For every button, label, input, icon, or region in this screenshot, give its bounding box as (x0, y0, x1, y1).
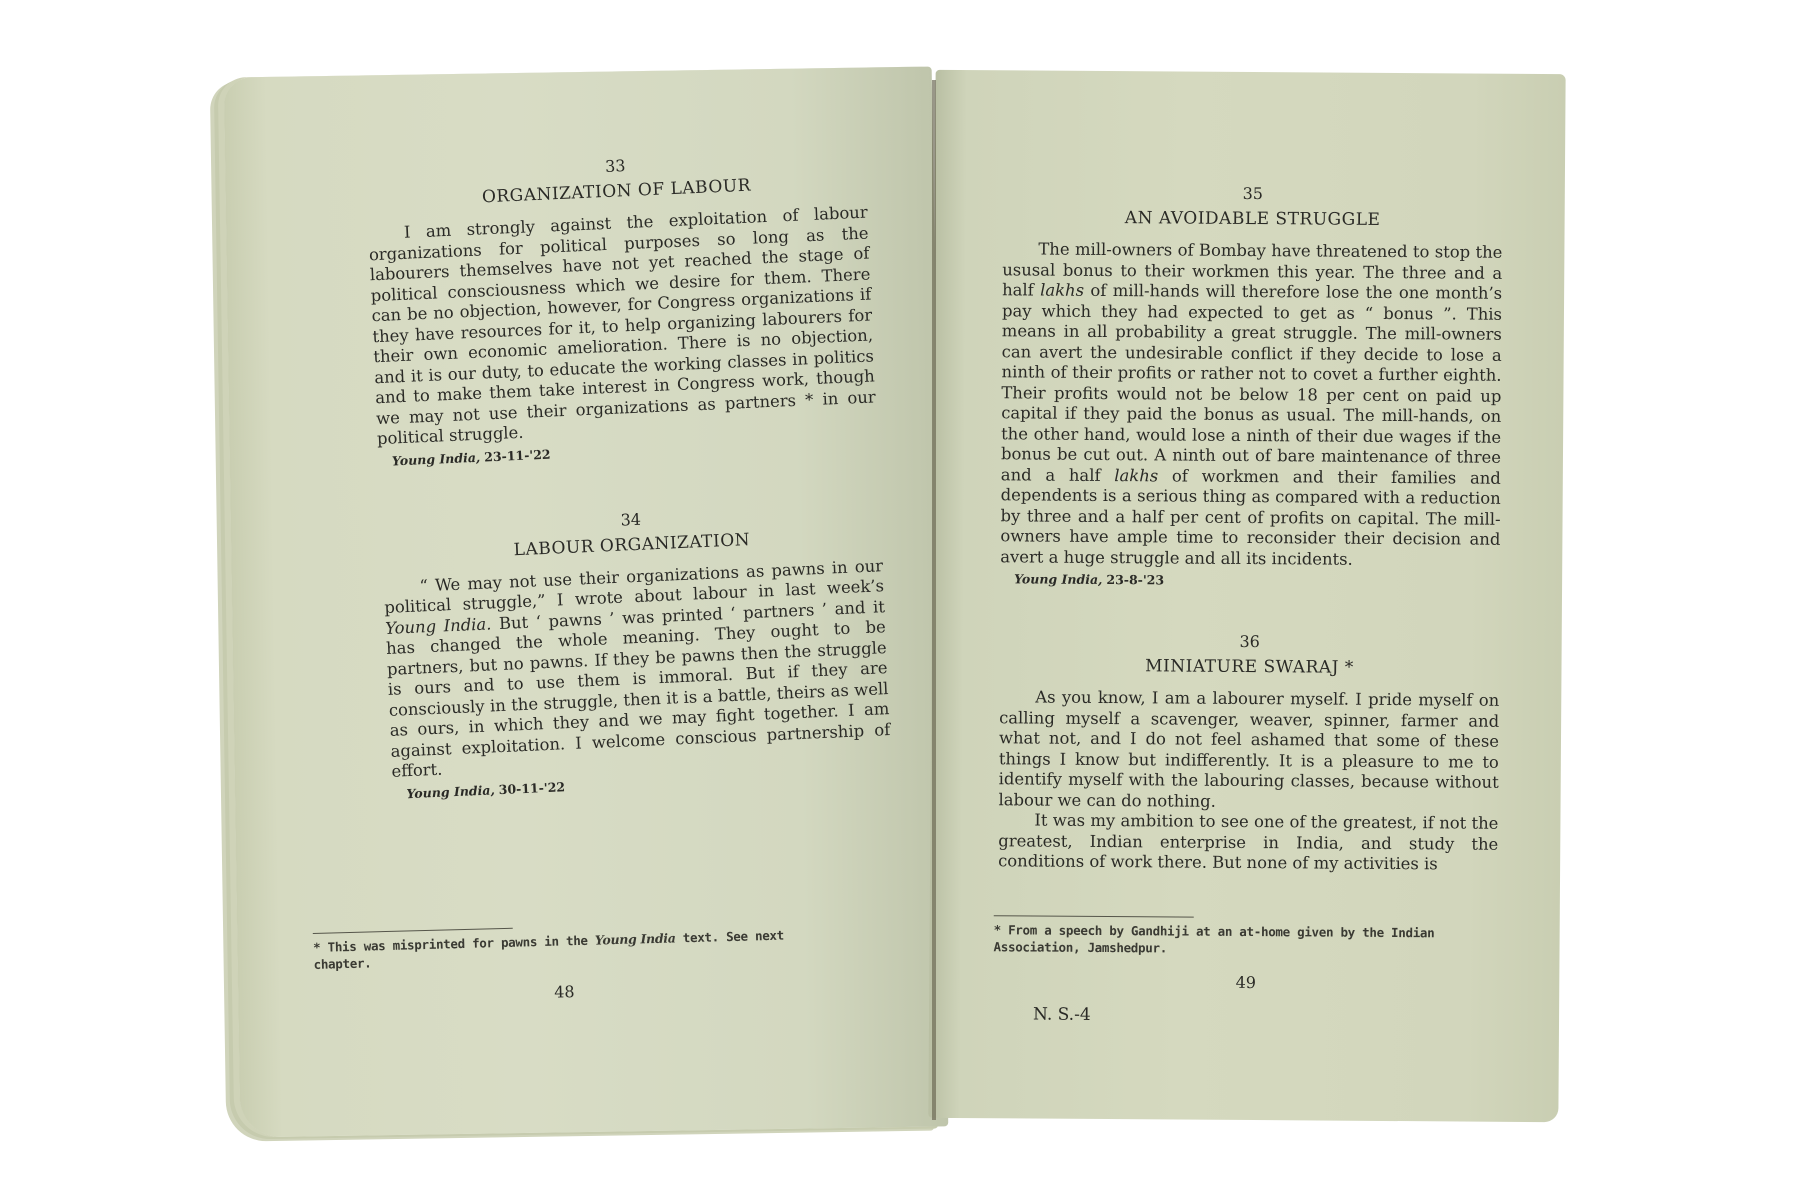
source-date: 30-11-'22 (498, 779, 565, 797)
right-page: 35 AN AVOIDABLE STRUGGLE The mill-owners… (928, 70, 1565, 1122)
left-page-content: 33 ORGANIZATION OF LABOUR I am strongly … (365, 146, 892, 802)
book-gutter (932, 80, 936, 1120)
section-paragraph: The mill-owners of Bombay have threatene… (1000, 239, 1502, 570)
right-page-content: 35 AN AVOIDABLE STRUGGLE The mill-owners… (998, 182, 1503, 875)
paragraph-text: of mill-hands will therefore lose the on… (1001, 281, 1502, 485)
section-number: 35 (1003, 182, 1503, 204)
footnote-rule (313, 928, 513, 934)
footnote: * This was misprinted for pawns in the Y… (313, 926, 814, 973)
open-book: 33 ORGANIZATION OF LABOUR I am strongly … (0, 0, 1800, 1200)
paragraph-italic: lakhs (1040, 281, 1084, 300)
paragraph-italic: Young India. (385, 614, 492, 638)
section-33: 33 ORGANIZATION OF LABOUR I am strongly … (365, 146, 878, 469)
section-title: MINIATURE SWARAJ * (999, 655, 1499, 678)
section-title: AN AVOIDABLE STRUGGLE (1003, 207, 1503, 230)
right-page-footer: * From a speech by Gandhiji at an at-hom… (993, 915, 1499, 1028)
section-paragraph: “ We may not use their organizations as … (383, 556, 891, 783)
section-number: 36 (1000, 630, 1500, 652)
footnote-italic: Young India (595, 930, 676, 947)
footnote-rule (994, 915, 1194, 917)
signature-mark: N. S.-4 (1033, 1005, 1498, 1028)
paragraph-italic: lakhs (1114, 466, 1158, 485)
source-publication: Young India, (406, 782, 495, 801)
footnote: * From a speech by Gandhiji at an at-hom… (993, 921, 1498, 959)
section-paragraph: As you know, I am a labourer myself. I p… (998, 687, 1499, 813)
section-35: 35 AN AVOIDABLE STRUGGLE The mill-owners… (1000, 182, 1503, 589)
section-paragraph: It was my ambition to see one of the gre… (998, 810, 1498, 875)
left-page-footer: * This was misprinted for pawns in the Y… (313, 920, 815, 1008)
source-date: 23-11-'22 (484, 446, 551, 464)
source-date: 23-8-'23 (1106, 572, 1164, 587)
section-34: 34 LABOUR ORGANIZATION “ We may not use … (381, 499, 893, 802)
footnote-text: * This was misprinted for pawns in the (313, 933, 595, 955)
source-publication: Young India, (1014, 571, 1102, 587)
page-number: 48 (314, 976, 814, 1008)
section-36: 36 MINIATURE SWARAJ * As you know, I am … (998, 630, 1500, 875)
section-paragraph: I am strongly against the exploitation o… (368, 203, 877, 450)
page-number: 49 (993, 971, 1498, 994)
left-page: 33 ORGANIZATION OF LABOUR I am strongly … (224, 67, 949, 1138)
